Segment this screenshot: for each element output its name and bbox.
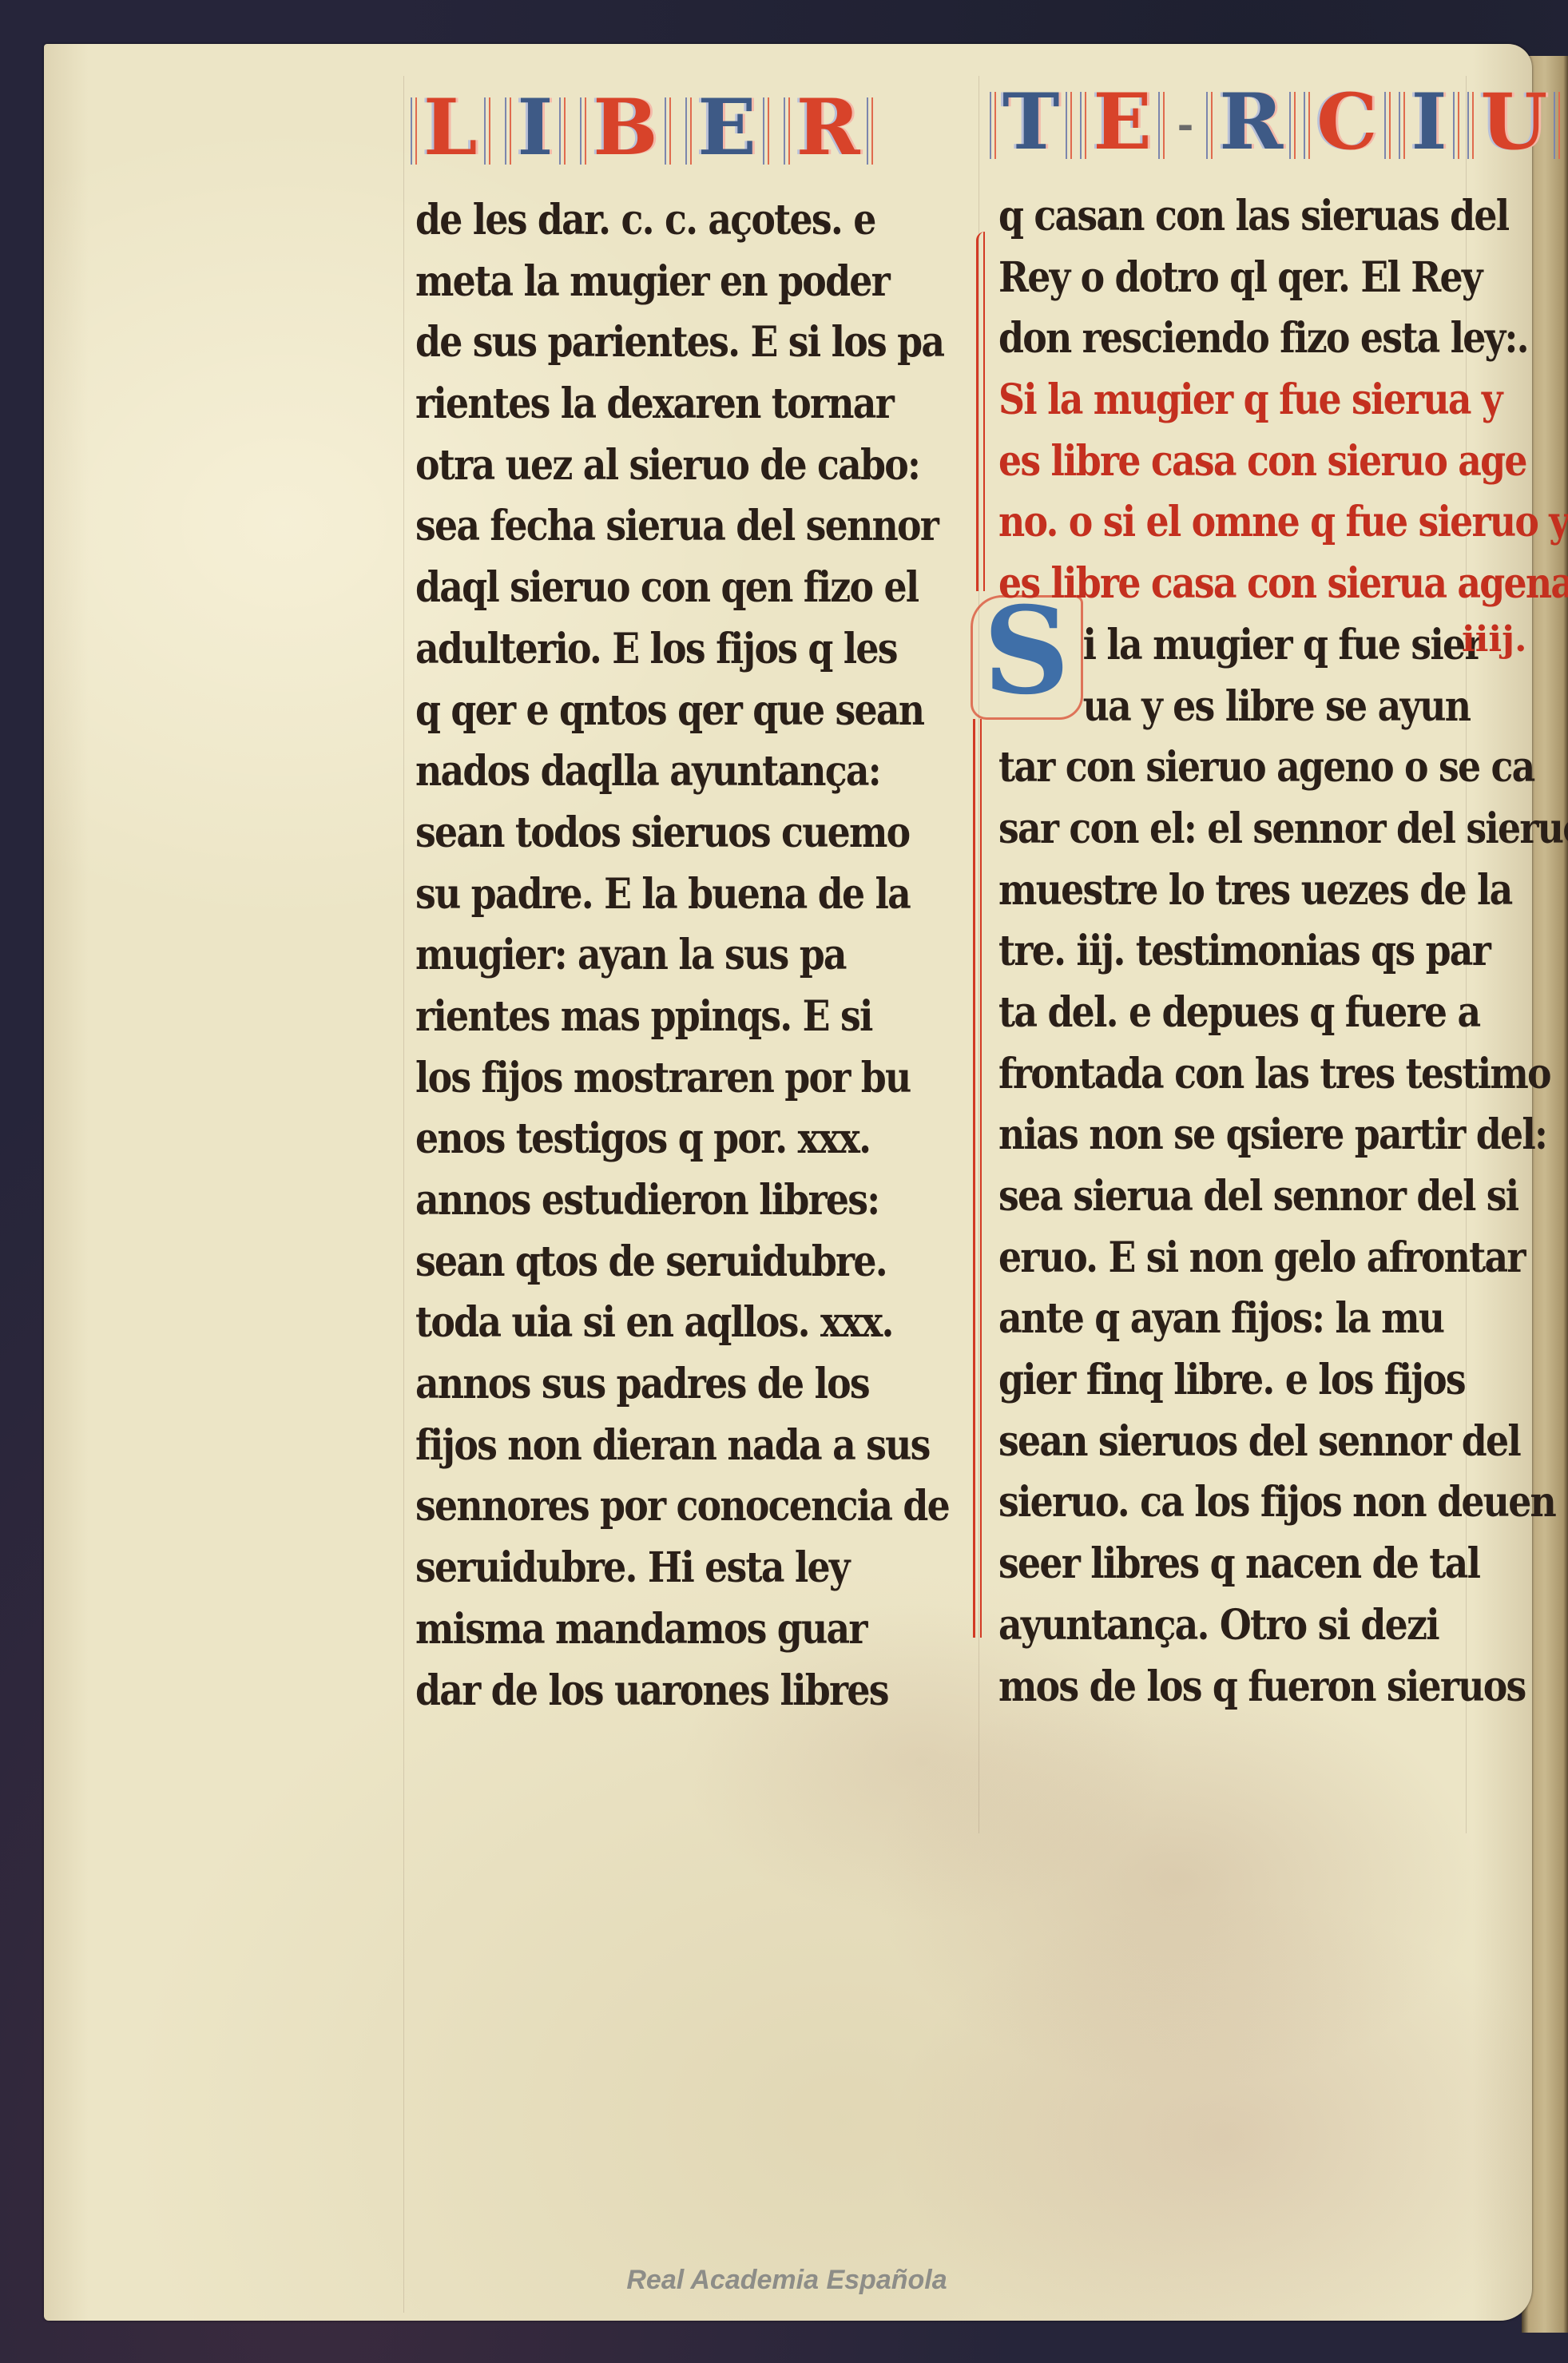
text-line: nias non se qsiere partir del: bbox=[998, 1105, 1448, 1166]
rubric-line: no. o si el omne q fue sieruo y bbox=[998, 492, 1448, 554]
text-line: adulterio. E los fijos q les bbox=[415, 619, 851, 681]
ruling-line-left-column-left bbox=[403, 76, 404, 2313]
text-line: rientes mas ppinqs. E si bbox=[415, 987, 851, 1048]
running-heading-left: L I B E R bbox=[415, 89, 868, 169]
rubric-line: Si la mugier q fue sierua y bbox=[998, 370, 1448, 431]
text-line: tre. iij. testimonias qs par bbox=[998, 921, 1448, 983]
text-line: sean qtos de seruidubre. bbox=[415, 1232, 851, 1293]
text-line: daql sieruo con qen fizo el bbox=[415, 558, 851, 619]
rubric-line: es libre casa con sierua agena. bbox=[998, 554, 1448, 615]
text-line: meta la mugier en poder bbox=[415, 252, 851, 313]
running-heading-right: T E - R C I U S bbox=[994, 84, 1568, 164]
text-line: rientes la dexaren tornar bbox=[415, 374, 851, 435]
text-line: ayuntança. Otro si dezi bbox=[998, 1595, 1448, 1657]
institution-watermark: Real Academia Española bbox=[587, 2265, 986, 2296]
text-line: mugier: ayan la sus pa bbox=[415, 925, 851, 987]
text-line: toda uia si en aqllos. xxx. bbox=[415, 1293, 851, 1354]
text-line: otra uez al sieruo de cabo: bbox=[415, 435, 851, 497]
text-line: de les dar. c. c. açotes. e bbox=[415, 190, 851, 252]
text-line: seruidubre. Hi esta ley bbox=[415, 1538, 851, 1599]
text-line: i la mugier q fue sier bbox=[998, 615, 1448, 677]
text-line: sennores por conocencia de bbox=[415, 1476, 851, 1538]
text-line: su padre. E la buena de la bbox=[415, 864, 851, 926]
text-column-left: de les dar. c. c. açotes. e meta la mugi… bbox=[415, 190, 911, 1722]
text-line: sieruo. ca los fijos non deuen bbox=[998, 1472, 1448, 1534]
text-line: q qer e qntos qer que sean bbox=[415, 681, 851, 742]
text-line: sar con el: el sennor del sieruo bbox=[998, 799, 1448, 860]
text-line: fijos non dieran nada a sus bbox=[415, 1416, 851, 1477]
text-line: ua y es libre se ayun bbox=[998, 677, 1448, 738]
text-line: ante q ayan fijos: la mu bbox=[998, 1289, 1448, 1350]
text-line: q casan con las sieruas del bbox=[998, 186, 1448, 248]
law-number-marker: iiij. bbox=[1462, 619, 1526, 660]
heading-letter: B bbox=[585, 89, 665, 169]
text-line: sea fecha sierua del sennor bbox=[415, 496, 851, 558]
text-line: sean sieruos del sennor del bbox=[998, 1412, 1448, 1473]
text-line: muestre lo tres uezes de la bbox=[998, 860, 1448, 922]
text-line: annos sus padres de los bbox=[415, 1354, 851, 1416]
rubric-flourish-upper bbox=[976, 232, 985, 591]
text-line: misma mandamos guar bbox=[415, 1599, 851, 1661]
text-line: frontada con las tres testimo bbox=[998, 1044, 1448, 1106]
heading-letter: E bbox=[690, 89, 764, 169]
text-line: eruo. E si non gelo afrontar bbox=[998, 1228, 1448, 1289]
text-line: enos testigos q por. xxx. bbox=[415, 1109, 851, 1170]
text-line: seer libres q nacen de tal bbox=[998, 1534, 1448, 1595]
heading-letter: I bbox=[1403, 84, 1455, 164]
text-line: mos de los q fueron sieruos bbox=[998, 1657, 1448, 1718]
heading-hyphen: - bbox=[1177, 101, 1194, 148]
heading-letter: C bbox=[1308, 84, 1385, 164]
rubric-line: es libre casa con sieruo age bbox=[998, 431, 1448, 493]
text-line: dar de los uarones libres bbox=[415, 1661, 851, 1722]
text-line: don resciendo fizo esta ley:. bbox=[998, 308, 1448, 370]
text-line: ta del. e depues q fuere a bbox=[998, 983, 1448, 1044]
heading-letter: E bbox=[1085, 84, 1159, 164]
rubric-flourish-lower bbox=[973, 719, 982, 1638]
text-line: de sus parientes. E si los pa bbox=[415, 312, 851, 374]
heading-letter: U bbox=[1472, 84, 1555, 164]
text-line: Rey o dotro ql qer. El Rey bbox=[998, 248, 1448, 309]
text-line: nados daqlla ayuntança: bbox=[415, 741, 851, 803]
text-line: sea sierua del sennor del si bbox=[998, 1166, 1448, 1228]
heading-letter: R bbox=[788, 89, 868, 169]
text-line: los fijos mostraren por bu bbox=[415, 1048, 851, 1110]
heading-letter: R bbox=[1211, 84, 1291, 164]
heading-letter: L bbox=[415, 89, 486, 169]
text-line: tar con sieruo ageno o se ca bbox=[998, 737, 1448, 799]
heading-letter: T bbox=[994, 84, 1067, 164]
text-line: sean todos sieruos cuemo bbox=[415, 803, 851, 864]
heading-letter: I bbox=[510, 89, 562, 169]
text-column-right: q casan con las sieruas del Rey o dotro … bbox=[998, 186, 1510, 1718]
text-line: annos estudieron libres: bbox=[415, 1170, 851, 1232]
text-line: gier finq libre. e los fijos bbox=[998, 1350, 1448, 1412]
